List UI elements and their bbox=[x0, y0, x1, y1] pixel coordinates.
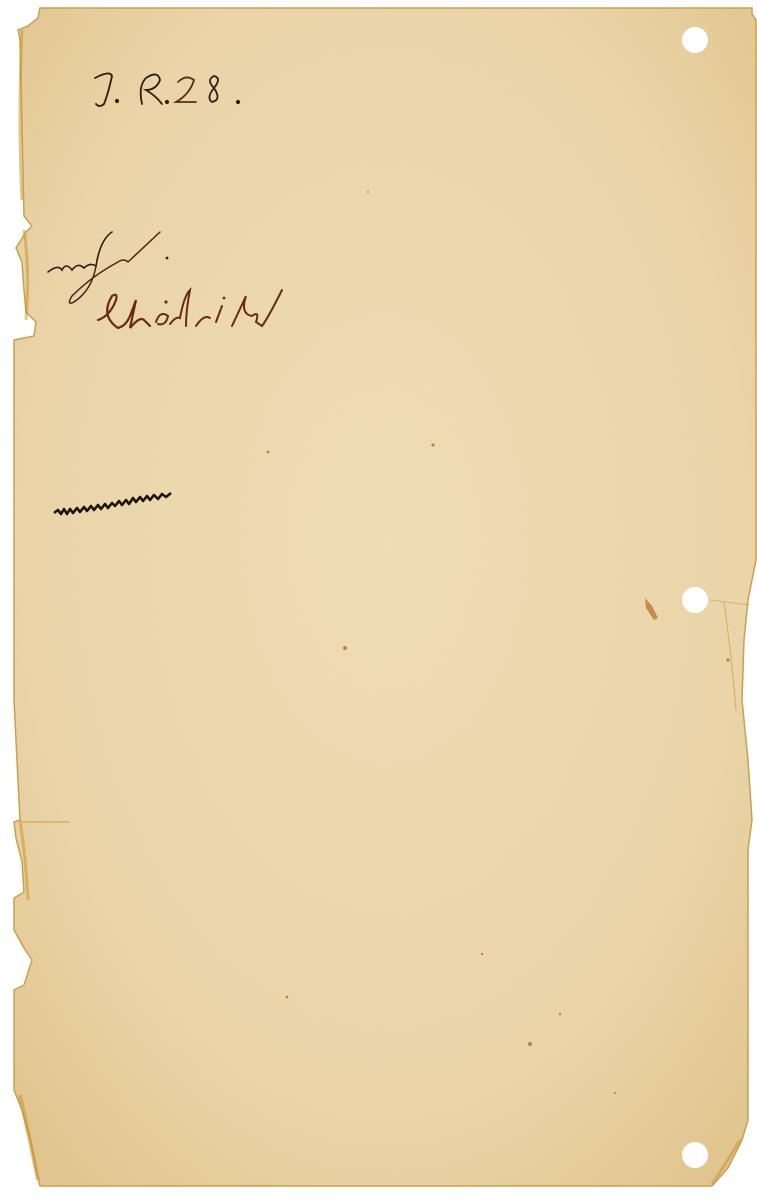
document-page bbox=[0, 0, 757, 1200]
punch-hole-top bbox=[682, 27, 708, 53]
punch-hole-bottom bbox=[682, 1142, 708, 1168]
punch-hole-middle bbox=[682, 587, 708, 613]
